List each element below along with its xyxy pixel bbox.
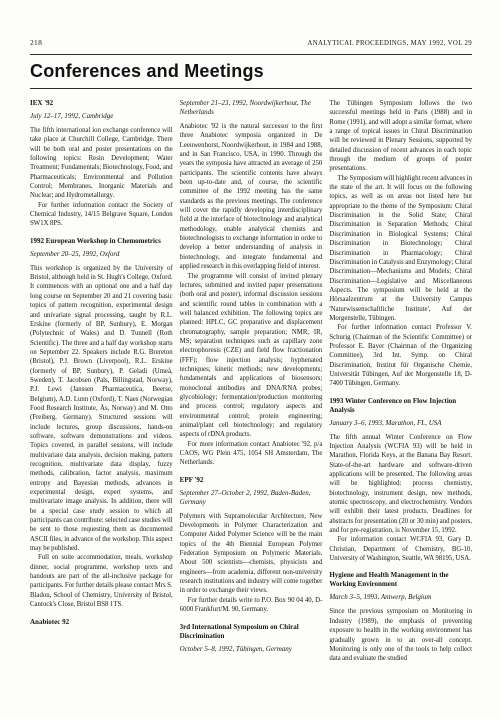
event-date: January 3–6, 1993, Marathon, FL, USA [329,419,472,428]
top-divider-rule [30,54,472,55]
paragraph: For further information contact the Soci… [30,201,173,229]
page-title: Conferences and Meetings [30,61,472,81]
section-heading: 3rd International Symposium on Chiral Di… [180,623,323,641]
title-divider-rule [30,88,472,89]
paragraph: For information contact WCFIA 93, Gary D… [329,535,472,563]
paragraph: This workshop is organized by the Univer… [30,264,173,554]
page-number: 218 [30,38,42,47]
section-heading: Anabiotec 92 [30,618,173,627]
section-heading: IEX '92 [30,99,173,108]
event-date: March 3–5, 1993, Antwerp, Belgium [329,593,472,602]
paragraph: The Tübingen Symposium follows the two s… [329,99,472,174]
event-date: October 5–8, 1992, Tübingen, Germany [180,645,323,654]
paragraph: Since the previous symposium on Monitori… [329,607,472,663]
section-heading: EPF '92 [180,476,323,485]
column-2: September 21–23, 1992, Noordwijkerhout, … [180,99,323,664]
event-date: September 20–25, 1992, Oxford [30,250,173,259]
column-1: IEX '92 July 12–17, 1992, Cambridge The … [30,99,173,664]
journal-header: ANALYTICAL PROCEEDINGS, MAY 1992, VOL 29 [307,40,472,47]
paragraph: The fifth international ion exchange con… [30,126,173,201]
paragraph: The fifth annual Winter Conference on Fl… [329,433,472,536]
event-date: September 27–October 2, 1992, Baden-Bade… [180,489,323,507]
paragraph: Anabiotec '92 is the natural successor t… [180,122,323,272]
paragraph: For further details write to P.O. Box 90… [180,596,323,615]
section-heading: Hygiene and Health Management in the Wor… [329,571,472,589]
section-heading: 1993 Winter Conference on Flow Injection… [329,397,472,415]
journal-page: 218 ANALYTICAL PROCEEDINGS, MAY 1992, VO… [0,0,500,719]
event-date: July 12–17, 1992, Cambridge [30,112,173,121]
paragraph: The programme will consist of invited pl… [180,272,323,440]
section-heading: 1992 European Workshop in Chemometrics [30,237,173,246]
article-columns: IEX '92 July 12–17, 1992, Cambridge The … [30,99,472,664]
column-3: The Tübingen Symposium follows the two s… [329,99,472,664]
masthead: 218 ANALYTICAL PROCEEDINGS, MAY 1992, VO… [30,38,472,47]
paragraph: For further information contact Professo… [329,323,472,388]
paragraph: For more information contact Anabiotec '… [180,440,323,468]
paragraph: The Symposium will highlight recent adva… [329,174,472,324]
event-date: September 21–23, 1992, Noordwijkerhout, … [180,99,323,117]
paragraph: Polymers with Supramolecular Architectur… [180,512,323,596]
paragraph: Full en suite accommodation, meals, work… [30,553,173,609]
